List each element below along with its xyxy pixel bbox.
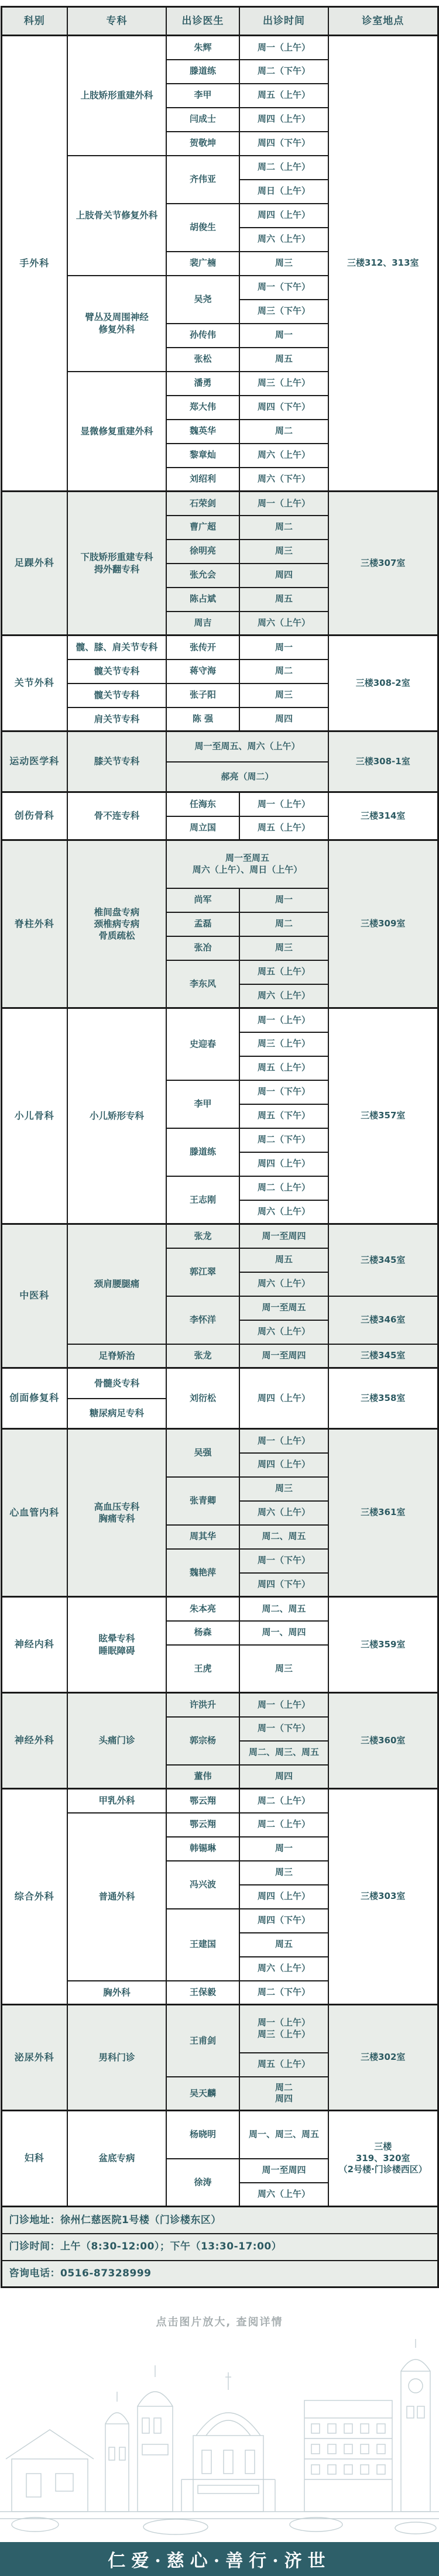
doctor-cell: 朱辉 [166,36,239,60]
location-cell: 三楼359室 [328,1597,438,1693]
location-cell: 三楼346室 [328,1296,438,1344]
doctor-cell: 任海东 [166,792,239,816]
time-cell: 郝亮（周二） [166,762,328,792]
specialty-cell: 高血压专科 胸痛专科 [67,1429,166,1597]
table-row: 门诊时间：上午（8:30-12:00）；下午（13:30-17:00） [1,2234,438,2261]
time-cell: 周一（下午） [239,276,328,300]
time-cell: 周六（上午） [239,228,328,252]
doctor-cell: 张冶 [166,936,239,960]
doctor-cell: 张松 [166,348,239,372]
doctor-cell: 周吉 [166,612,239,636]
time-cell: 周一 [239,324,328,348]
time-cell: 周四 [239,1765,328,1789]
time-cell: 周五 [239,1933,328,1957]
specialty-cell: 胸外科 [67,1981,166,2005]
location-cell: 三楼361室 [328,1429,438,1597]
time-cell: 周一（上午） [239,1429,328,1453]
dept-cell: 妇科 [1,2111,67,2207]
table-row: 关节外科髋、膝、肩关节专科张传开周一三楼308-2室 [1,636,438,660]
doctor-cell: 闫成士 [166,108,239,132]
specialty-cell: 显微修复重建外科 [67,372,166,492]
dept-cell: 综合外科 [1,1789,67,2005]
time-cell: 周四 [239,564,328,588]
doctor-cell: 陈 强 [166,707,239,731]
doctor-cell: 潘勇 [166,372,239,396]
specialty-cell: 髋关节专科 [67,660,166,684]
time-cell: 周一（上午） 周三（上午） [239,2005,328,2053]
dept-cell: 脊柱外科 [1,840,67,1008]
dept-cell: 神经内科 [1,1597,67,1693]
time-cell: 周一（下午） [239,1717,328,1741]
time-cell: 周一（上午） [239,1008,328,1032]
time-cell: 周一、周四 [239,1621,328,1645]
footer-band: 仁爱·慈心·善行·济世 [0,2542,439,2576]
clinic-schedule-table: 科别 专科 出诊医生 出诊时间 诊室地点 手外科上肢矫形重建外科朱辉周一（上午）… [1,6,439,2288]
specialty-cell: 下肢矫形重建专科 拇外翻专科 [67,492,166,636]
table-row: 心血管内科高血压专科 胸痛专科吴强周一（上午）三楼361室 [1,1429,438,1453]
info-cell: 门诊时间：上午（8:30-12:00）；下午（13:30-17:00） [1,2234,438,2261]
dept-cell: 心血管内科 [1,1429,67,1597]
time-cell: 周六（上午） [239,1272,328,1296]
specialty-cell: 甲乳外科 [67,1789,166,1813]
time-cell: 周二、周五 [239,1525,328,1549]
doctor-cell: 滕道练 [166,1128,239,1176]
column-header-specialty: 专科 [67,7,166,36]
location-cell: 三楼303室 [328,1789,438,2005]
time-cell: 周一、周三、周五 [239,2111,328,2159]
time-cell: 周一（上午） [239,1693,328,1717]
doctor-cell: 张允会 [166,564,239,588]
doctor-cell: 张子阳 [166,684,239,707]
time-cell: 周二（上午） [239,1813,328,1837]
time-cell: 周一（下午） [239,1080,328,1104]
doctor-cell: 胡俊生 [166,204,239,252]
table-row: 创面修复科骨髓炎专科刘衍松周四（上午）三楼358室 [1,1368,438,1399]
dept-cell: 运动医学科 [1,731,67,792]
specialty-cell: 糖尿病足专科 [67,1399,166,1429]
time-cell: 周五（上午） [239,960,328,984]
doctor-cell: 裴广楠 [166,252,239,276]
location-cell: 三楼302室 [328,2005,438,2111]
doctor-cell: 刘绍利 [166,468,239,492]
time-cell: 周一至周五 周六（上午）、周日（上午） [166,840,328,888]
doctor-cell: 曹广超 [166,516,239,540]
doctor-cell: 王建国 [166,1909,239,1981]
doctor-cell: 杨森 [166,1621,239,1645]
time-cell: 周四（下午） [239,132,328,156]
doctor-cell: 孙传伟 [166,324,239,348]
location-cell: 三楼308-2室 [328,636,438,731]
specialty-cell: 上肢矫形重建外科 [67,36,166,156]
dept-cell: 创伤骨科 [1,792,67,840]
time-cell: 周三 [239,540,328,564]
time-cell: 周六（上午） [239,1957,328,1981]
column-header-department: 科别 [1,7,67,36]
doctor-cell: 周其华 [166,1525,239,1549]
time-cell: 周六（下午） [239,468,328,492]
doctor-cell: 滕道练 [166,60,239,84]
location-cell: 三楼358室 [328,1368,438,1429]
time-cell: 周三 [239,1861,328,1885]
specialty-cell: 椎间盘专病 颈椎病专病 骨质疏松 [67,840,166,1008]
time-cell: 周六（上午） [239,444,328,468]
doctor-cell: 冯兴波 [166,1861,239,1909]
doctor-cell: 齐伟亚 [166,156,239,204]
time-cell: 周六（上午） [239,1320,328,1344]
time-cell: 周二、周三、周五 [239,1741,328,1765]
doctor-cell: 李甲 [166,84,239,108]
doctor-cell: 史迎春 [166,1008,239,1080]
time-cell: 周二 周四 [239,2077,328,2111]
time-cell: 周一（上午） [239,36,328,60]
time-cell: 周一 [239,888,328,912]
time-cell: 周一（上午） [239,492,328,516]
time-cell: 周一 [239,1837,328,1861]
doctor-cell: 徐涛 [166,2159,239,2207]
time-cell: 周一（上午） [239,792,328,816]
dept-cell: 小儿骨科 [1,1008,67,1224]
time-cell: 周一至周五 [239,1296,328,1320]
dept-cell: 神经外科 [1,1693,67,1789]
table-row: 中医科颈肩腰腿痛张龙周一至周四三楼345室 [1,1224,438,1248]
time-cell: 周五（上午） [239,816,328,840]
location-cell: 三楼307室 [328,492,438,636]
time-cell: 周一至周四 [239,1344,328,1368]
doctor-cell: 朱本亮 [166,1597,239,1621]
time-cell: 周四（上午） [239,1885,328,1909]
doctor-cell: 郑大伟 [166,396,239,420]
specialty-cell: 髋关节专科 [67,684,166,707]
doctor-cell: 张青卿 [166,1477,239,1525]
table-row: 足踝外科下肢矫形重建专科 拇外翻专科石荣剑周一（上午）三楼307室 [1,492,438,516]
schedule-image[interactable]: 科别 专科 出诊医生 出诊时间 诊室地点 手外科上肢矫形重建外科朱辉周一（上午）… [0,0,439,2576]
hospital-building-watermark [0,2336,439,2542]
table-row: 妇科盆底专病杨晓明周一、周三、周五三楼 319、320室 （2号楼·门诊楼西区） [1,2111,438,2135]
doctor-cell: 李东风 [166,960,239,1008]
location-cell: 三楼357室 [328,1008,438,1224]
table-row: 手外科上肢矫形重建外科朱辉周一（上午）三楼312、313室 [1,36,438,60]
time-cell: 周四（上午） [239,1152,328,1176]
time-cell: 周二 [239,912,328,936]
table-row: 小儿骨科小儿矫形专科史迎春周一（上午）三楼357室 [1,1008,438,1032]
specialty-cell: 髋、膝、肩关节专科 [67,636,166,660]
table-row: 脊柱外科椎间盘专病 颈椎病专病 骨质疏松周一至周五 周六（上午）、周日（上午）三… [1,840,438,864]
time-cell: 周三（下午） [239,300,328,324]
time-cell: 周六（上午） [239,1200,328,1224]
table-row: 神经内科眩晕专科 睡眠障碍朱本亮周二、周五三楼359室 [1,1597,438,1621]
time-cell: 周五（上午） [239,1056,328,1080]
time-cell: 周三 [239,1645,328,1693]
time-cell: 周四（上午） [239,204,328,228]
doctor-cell: 董伟 [166,1765,239,1789]
specialty-cell: 盆底专病 [67,2111,166,2207]
time-cell: 周二 [239,420,328,444]
doctor-cell: 黎章灿 [166,444,239,468]
location-cell: 三楼345室 [328,1224,438,1296]
doctor-cell: 鄂云翔 [166,1789,239,1813]
location-cell: 三楼 319、320室 （2号楼·门诊楼西区） [328,2111,438,2207]
table-row: 咨询电话：0516-87328999 [1,2261,438,2288]
location-cell: 三楼308-1室 [328,731,438,792]
doctor-cell: 杨晓明 [166,2111,239,2159]
time-cell: 周三（上午） [239,372,328,396]
doctor-cell: 孟磊 [166,912,239,936]
hospital-sketch-illustration [0,2336,439,2542]
doctor-cell: 韩锡琳 [166,1837,239,1861]
time-cell: 周三 [239,1477,328,1501]
column-header-time: 出诊时间 [239,7,328,36]
doctor-cell: 郭江翠 [166,1248,239,1296]
doctor-cell: 王保毅 [166,1981,239,2005]
specialty-cell: 头痛门诊 [67,1693,166,1789]
time-cell: 周二 [239,516,328,540]
time-cell: 周三 [239,936,328,960]
time-cell: 周五（上午） [239,84,328,108]
info-cell: 咨询电话：0516-87328999 [1,2261,438,2288]
specialty-cell: 骨髓炎专科 [67,1368,166,1399]
dept-cell: 中医科 [1,1224,67,1368]
table-row: 创伤骨科骨不连专科任海东周一（上午）三楼314室 [1,792,438,816]
specialty-cell: 男科门诊 [67,2005,166,2111]
specialty-cell: 足脊矫治 [67,1344,166,1368]
column-header-doctor: 出诊医生 [166,7,239,36]
schedule-table-body: 手外科上肢矫形重建外科朱辉周一（上午）三楼312、313室滕道练周二（下午）李甲… [1,36,438,2288]
time-cell: 周二（下午） [239,60,328,84]
hospital-motto: 仁爱·慈心·善行·济世 [108,2546,331,2572]
doctor-cell: 王虎 [166,1645,239,1693]
specialty-cell: 普通外科 [67,1813,166,1981]
time-cell: 周日（上午） [239,180,328,204]
doctor-cell: 张龙 [166,1224,239,1248]
doctor-cell: 吴强 [166,1429,239,1477]
time-cell: 周四 [239,707,328,731]
time-cell: 周二（上午） [239,1176,328,1200]
time-cell: 周五（下午） [239,1104,328,1128]
doctor-cell: 魏艳萍 [166,1549,239,1597]
dept-cell: 足踝外科 [1,492,67,636]
doctor-cell: 李怀洋 [166,1296,239,1344]
table-row: 综合外科甲乳外科鄂云翔周二（上午）三楼303室 [1,1789,438,1813]
time-cell: 周六（上午） [239,612,328,636]
time-cell: 周三 [239,252,328,276]
time-cell: 周二、周五 [239,1597,328,1621]
enlarge-hint-caption: 点击图片放大, 查阅详情 [0,2314,439,2329]
time-cell: 周六（上午） [239,1501,328,1525]
specialty-cell: 骨不连专科 [67,792,166,840]
doctor-cell: 徐明亮 [166,540,239,564]
doctor-cell: 王志刚 [166,1176,239,1224]
doctor-cell: 李甲 [166,1080,239,1128]
time-cell: 周四（上午） [239,1368,328,1429]
dept-cell: 关节外科 [1,636,67,731]
time-cell: 周一至周四 [239,1224,328,1248]
time-cell: 周四（下午） [239,1909,328,1933]
doctor-cell: 张传开 [166,636,239,660]
time-cell: 周五 [239,588,328,612]
time-cell: 周三 [239,684,328,707]
location-cell: 三楼314室 [328,792,438,840]
time-cell: 周四（下午） [239,1573,328,1597]
time-cell: 周四（上午） [239,1453,328,1477]
dept-cell: 创面修复科 [1,1368,67,1429]
time-cell: 周一 [239,636,328,660]
doctor-cell: 刘衍松 [166,1368,239,1429]
doctor-cell: 石荣剑 [166,492,239,516]
table-row: 泌尿外科男科门诊王甫剑周一（上午） 周三（上午）三楼302室 [1,2005,438,2029]
doctor-cell: 陈占斌 [166,588,239,612]
dept-cell: 手外科 [1,36,67,492]
time-cell: 周二（上午） [239,1789,328,1813]
time-cell: 周二 [239,660,328,684]
location-cell: 三楼345室 [328,1344,438,1368]
table-row: 运动医学科膝关节专科周一至周五、周六（上午）三楼308-1室 [1,731,438,762]
time-cell: 周二（上午） [239,156,328,180]
time-cell: 周六（上午） [239,984,328,1008]
specialty-cell: 小儿矫形专科 [67,1008,166,1224]
doctor-cell: 王甫剑 [166,2005,239,2077]
time-cell: 周一（下午） [239,1549,328,1573]
info-cell: 门诊地址：徐州仁慈医院1号楼（门诊楼东区） [1,2207,438,2234]
time-cell: 周四（下午） [239,396,328,420]
table-row: 神经外科头痛门诊许洪升周一（上午）三楼360室 [1,1693,438,1717]
doctor-cell: 尚军 [166,888,239,912]
table-row: 门诊地址：徐州仁慈医院1号楼（门诊楼东区） [1,2207,438,2234]
doctor-cell: 许洪升 [166,1693,239,1717]
time-cell: 周四（上午） [239,108,328,132]
specialty-cell: 膝关节专科 [67,731,166,792]
time-cell: 周五（上午） [239,2053,328,2077]
time-cell: 周二（下午） [239,1981,328,2005]
location-cell: 三楼312、313室 [328,36,438,492]
column-header-location: 诊室地点 [328,7,438,36]
specialty-cell: 眩晕专科 睡眠障碍 [67,1597,166,1693]
table-header-row: 科别 专科 出诊医生 出诊时间 诊室地点 [1,7,438,36]
time-cell: 周六（上午） [239,2183,328,2207]
doctor-cell: 贺敬坤 [166,132,239,156]
location-cell: 三楼360室 [328,1693,438,1789]
specialty-cell: 臂丛及周围神经 修复外科 [67,276,166,372]
doctor-cell: 吴尧 [166,276,239,324]
specialty-cell: 颈肩腰腿痛 [67,1224,166,1344]
specialty-cell: 肩关节专科 [67,707,166,731]
doctor-cell: 张龙 [166,1344,239,1368]
doctor-cell: 郭宗杨 [166,1717,239,1765]
doctor-cell: 蒋守海 [166,660,239,684]
time-cell: 周三（上午） [239,1032,328,1056]
time-cell: 周一至周五、周六（上午） [166,731,328,762]
doctor-cell: 吴天麟 [166,2077,239,2111]
time-cell: 周二（下午） [239,1128,328,1152]
dept-cell: 泌尿外科 [1,2005,67,2111]
time-cell: 周五 [239,348,328,372]
doctor-cell: 鄂云翔 [166,1813,239,1837]
specialty-cell: 上肢骨关节修复外科 [67,156,166,276]
location-cell: 三楼309室 [328,840,438,1008]
doctor-cell: 魏英华 [166,420,239,444]
time-cell: 周五 [239,1248,328,1272]
doctor-cell: 周立国 [166,816,239,840]
time-cell: 周一至周四 [239,2159,328,2183]
